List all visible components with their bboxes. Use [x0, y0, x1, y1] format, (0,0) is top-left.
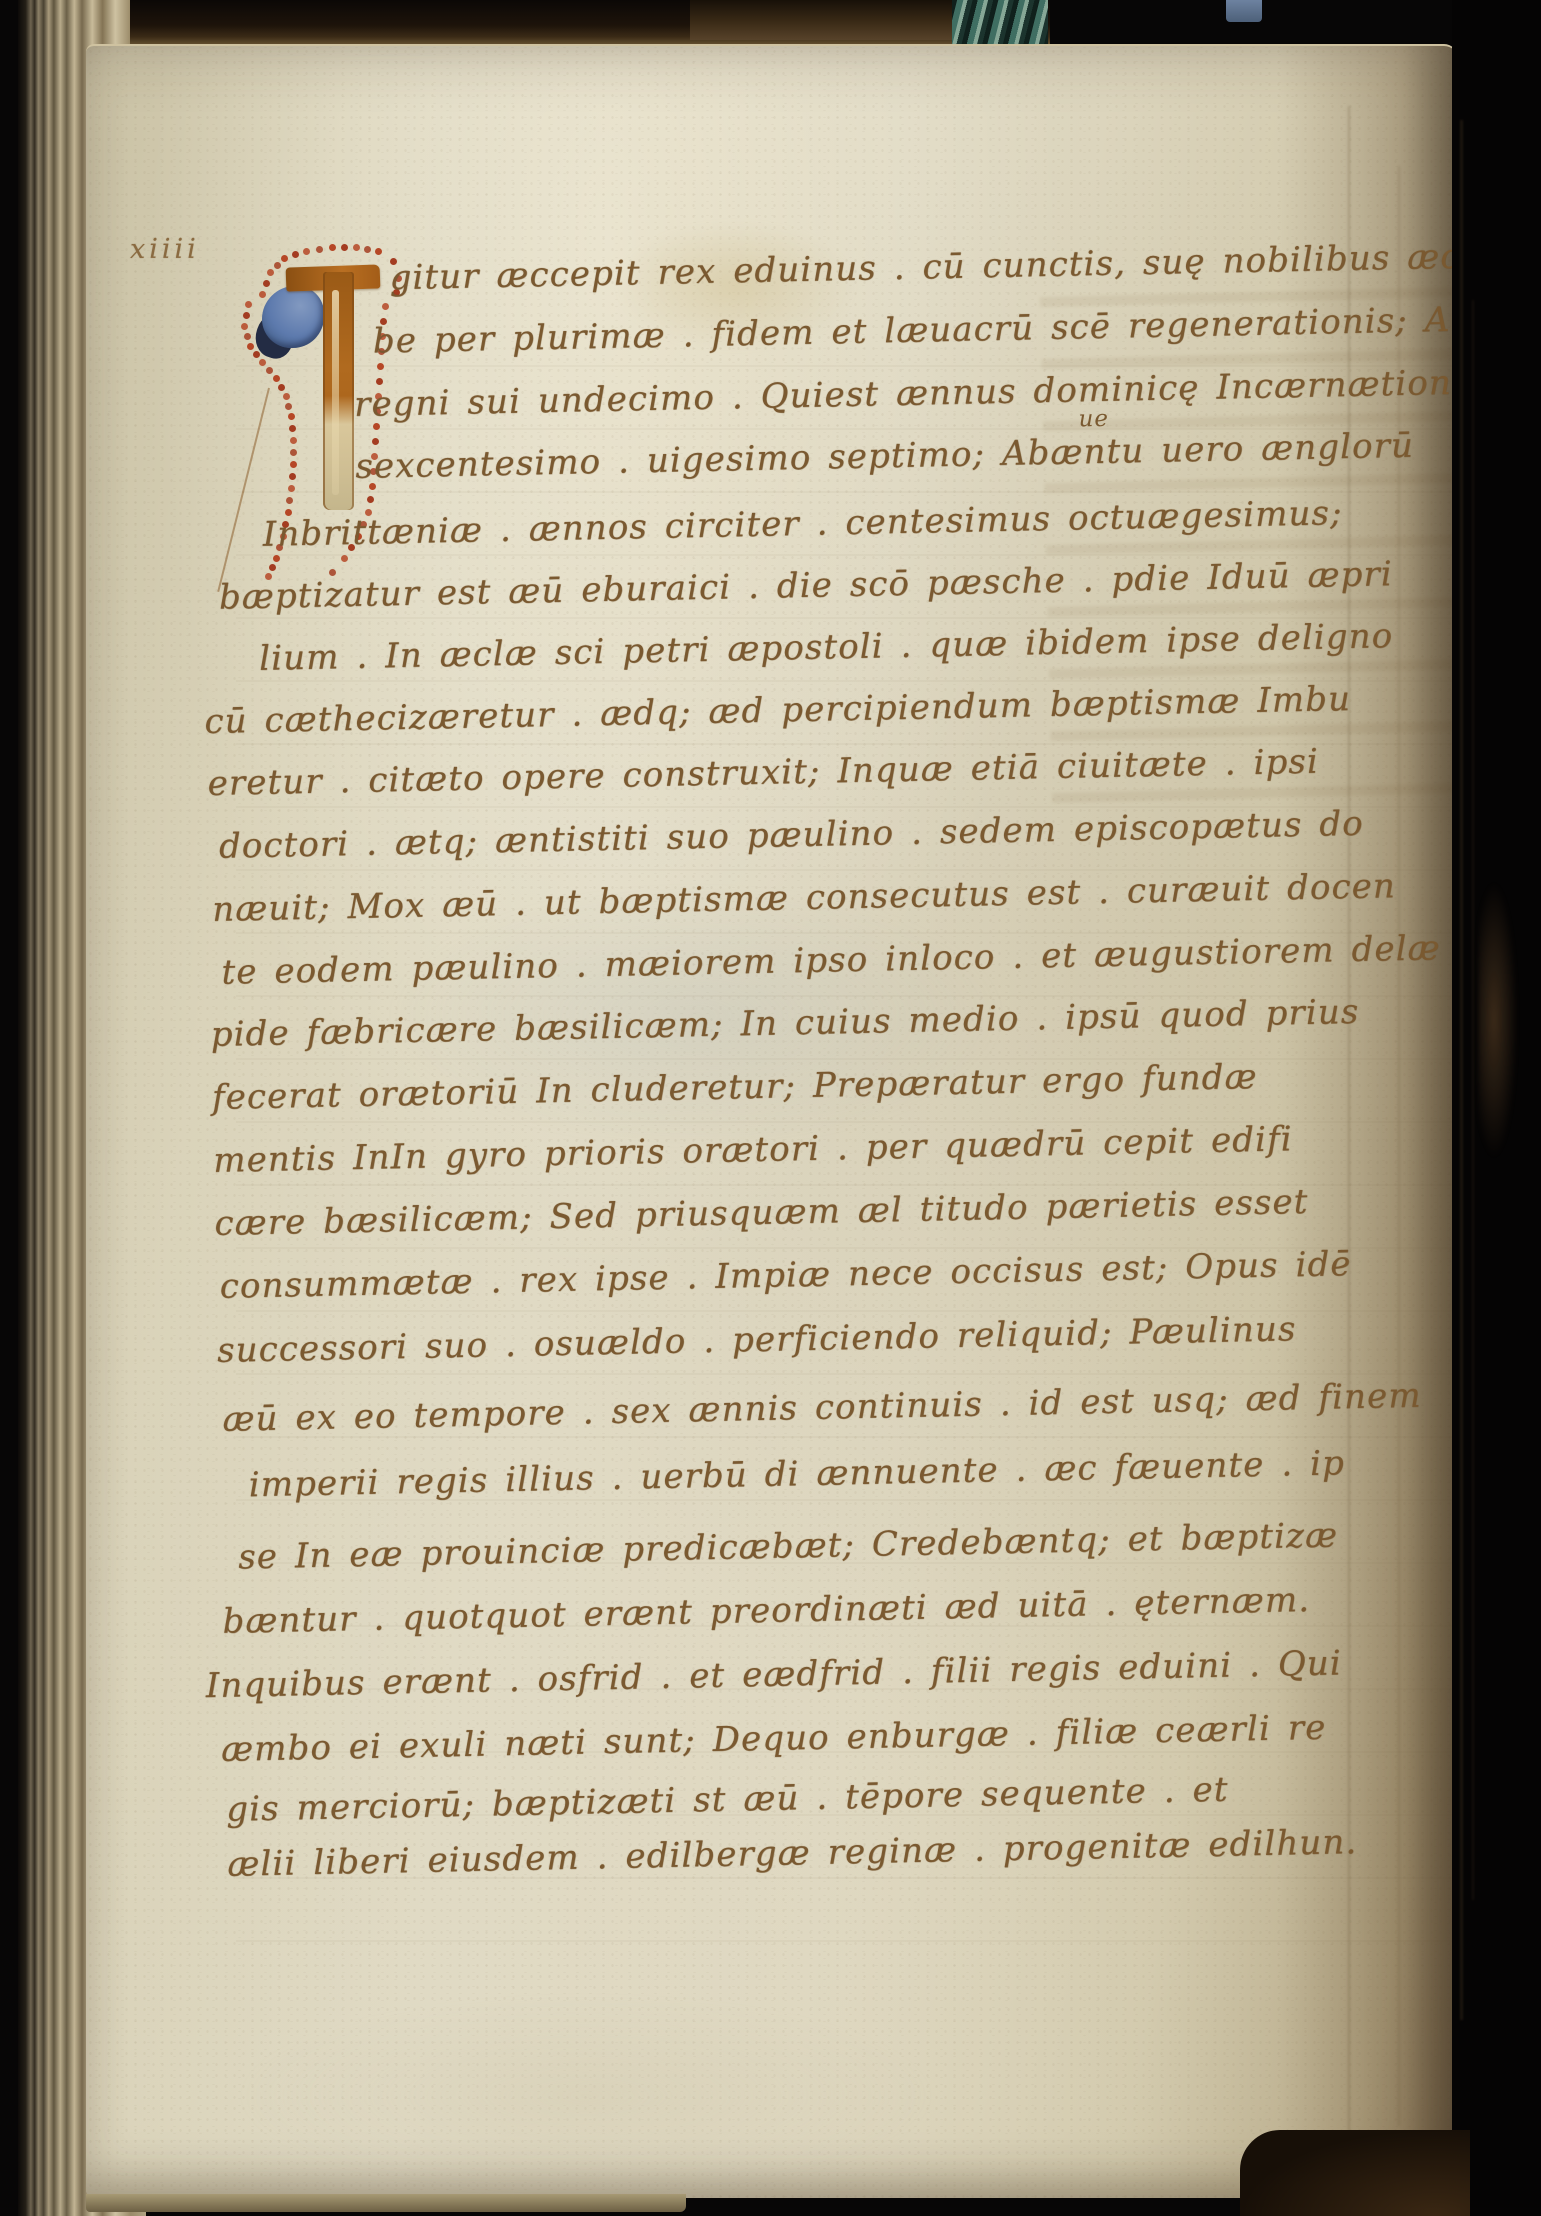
- manuscript-line: Inquibus erænt . osfrid . et eædfrid . f…: [205, 1643, 1342, 1706]
- manuscript-line: regni sui undecimo . Quiest ænnus domini…: [354, 362, 1483, 425]
- bottom-leaf-edge: [86, 2194, 686, 2212]
- manuscript-line: be per plurimæ . fidem et læuacrū scē re…: [372, 299, 1518, 362]
- manuscript-line: sexcentesimo . uigesimo septimo; Abæntu …: [355, 426, 1414, 487]
- manuscript-line: doctori . ætq; æntistiti suo pæulino . s…: [219, 804, 1365, 867]
- text-block: ue gitur æccepit rex eduinus . cū cuncti…: [0, 0, 1541, 2216]
- manuscript-line: imperii regis illius . uerbū di ænnuente…: [248, 1443, 1345, 1505]
- manuscript-line: consummætæ . rex ipse . Impiæ nece occis…: [219, 1244, 1352, 1307]
- manuscript-line: pide fæbricære bæsilicæm; In cuius medio…: [210, 992, 1359, 1055]
- manuscript-photo: xiiii ue gitur æccepit rex eduinus . cū …: [0, 0, 1541, 2216]
- manuscript-line: cū cæthecizæretur . ædq; æd percipiendum…: [204, 679, 1351, 742]
- manuscript-line: lium . In æclæ sci petri æpostoli . quæ …: [259, 616, 1394, 679]
- facing-page-glimpse: [1478, 880, 1518, 1160]
- manuscript-line: fecerat orætoriū In cluderetur; Prepærat…: [212, 1057, 1258, 1118]
- manuscript-line: cære bæsilicæm; Sed priusquæm æl titudo …: [214, 1182, 1309, 1244]
- facing-page-edge: [1460, 120, 1463, 2020]
- manuscript-line: ælii liberi eiusdem . edilbergæ reginæ .…: [227, 1822, 1358, 1885]
- manuscript-line: successori suo . osuældo . perficiendo r…: [217, 1309, 1297, 1371]
- manuscript-line: bæntur . quotquot erænt preordinæti æd u…: [222, 1580, 1310, 1642]
- manuscript-line: se In eæ prouinciæ predicæbæt; Credebænt…: [238, 1515, 1339, 1577]
- manuscript-line: gitur æccepit rex eduinus . cū cunctis, …: [389, 235, 1534, 298]
- facing-page-edge: [1472, 300, 1474, 1900]
- manuscript-line: æmbo ei exuli næti sunt; Dequo enburgæ .…: [221, 1708, 1327, 1770]
- cover-corner: [1240, 2130, 1470, 2216]
- manuscript-line: eretur . citæto opere construxit; Inquæ …: [207, 742, 1319, 804]
- manuscript-line: æū ex eo tempore . sex ænnis continuis .…: [222, 1376, 1422, 1440]
- manuscript-line: mentis InIn gyro prioris orætori . per q…: [213, 1119, 1293, 1181]
- manuscript-line: te eodem pæulino . mæiorem ipso inloco .…: [221, 928, 1441, 992]
- manuscript-line: næuit; Mox æū . ut bæptismæ consecutus e…: [212, 866, 1396, 930]
- manuscript-line: Inbrittæniæ . ænnos circiter . centesimu…: [262, 493, 1343, 555]
- manuscript-line: bæptizatur est æū eburaici . die scō pæs…: [219, 554, 1394, 618]
- manuscript-line: gis merciorū; bæptizæti st æū . tēpore s…: [226, 1770, 1229, 1830]
